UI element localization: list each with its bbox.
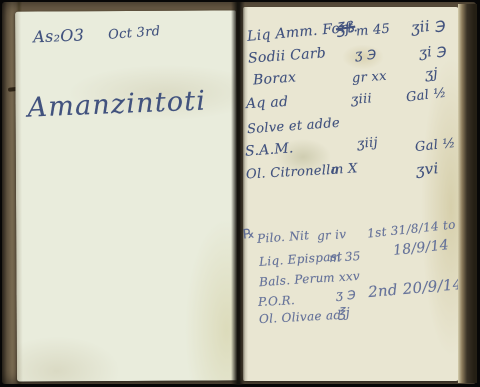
rx1-row2-col2: ʒj (424, 66, 438, 81)
rx2-row1-note: 18/9/14 (392, 238, 449, 258)
rx1-row0-col2: ʒii ℈ (410, 17, 446, 36)
rx2-row0-note: 1st 31/8/14 to (367, 218, 457, 239)
rx2-row1-qty: m 35 (329, 250, 361, 264)
rx1-row5-qty: ʒiij (356, 136, 378, 151)
rx2-row3-qty: ʒ ℈ (336, 287, 357, 300)
rx2-row0-qty: gr iv (317, 228, 347, 242)
book-gutter (231, 2, 245, 385)
left-page: As₂O3 Oct 3rd Amanzintoti (15, 10, 238, 381)
rx1-row2-name: Borax (253, 71, 297, 88)
date-note: Oct 3rd (108, 25, 161, 42)
rx1-row5-col2: Gal ½ (414, 137, 456, 154)
rx1-row3-name: Aq ad (246, 95, 289, 111)
rx2-row2-name: Bals. Peru (259, 272, 324, 288)
rx2-row2-qty: m xxv (323, 270, 361, 285)
book-fore-edge (458, 4, 477, 383)
rx2-row0-name: Pilo. Nit (257, 229, 310, 245)
rx1-row6-qty: m X (331, 162, 358, 176)
right-page: Liq Amm. Fort. ℥ß m 45 ʒii ℈ Sodii Carb … (243, 7, 459, 381)
rx1-row5-name: S.A.M. (245, 141, 295, 158)
rx2-row4-qty: ℥j (338, 307, 351, 321)
place-name: Amanzintoti (27, 87, 207, 121)
rx1-row1-qty: ʒ ℈ (354, 47, 377, 62)
rx1-row6-col2: ʒvi (415, 161, 439, 178)
rx1-row3-qty: ʒiii (351, 92, 373, 106)
rx1-row4-name: Solve et adde (247, 117, 341, 136)
rx2-row2-note: 2nd 20/9/14 (368, 277, 464, 300)
rx1-row1-col2: ʒi ℈ (418, 44, 447, 61)
rx1-row6-name: Ol. Citronella (246, 164, 339, 182)
rx1-row0-qty: m 45 (355, 23, 390, 39)
rx2-row3-name: P.O.R. (258, 294, 296, 308)
rx1-row3-col2: Gal ½ (405, 87, 447, 105)
rx2-row4-name: Ol. Olivae ad (259, 309, 342, 325)
rx1-row1-name: Sodii Carb (248, 46, 327, 65)
notebook-photo: As₂O3 Oct 3rd Amanzintoti Liq Amm. Fort.… (0, 0, 480, 387)
rx1-row0-struck-qty: ℥ß (335, 20, 356, 38)
arsenic-formula-note: As₂O3 (33, 27, 85, 45)
rx1-row2-qty: gr xx (352, 70, 388, 85)
